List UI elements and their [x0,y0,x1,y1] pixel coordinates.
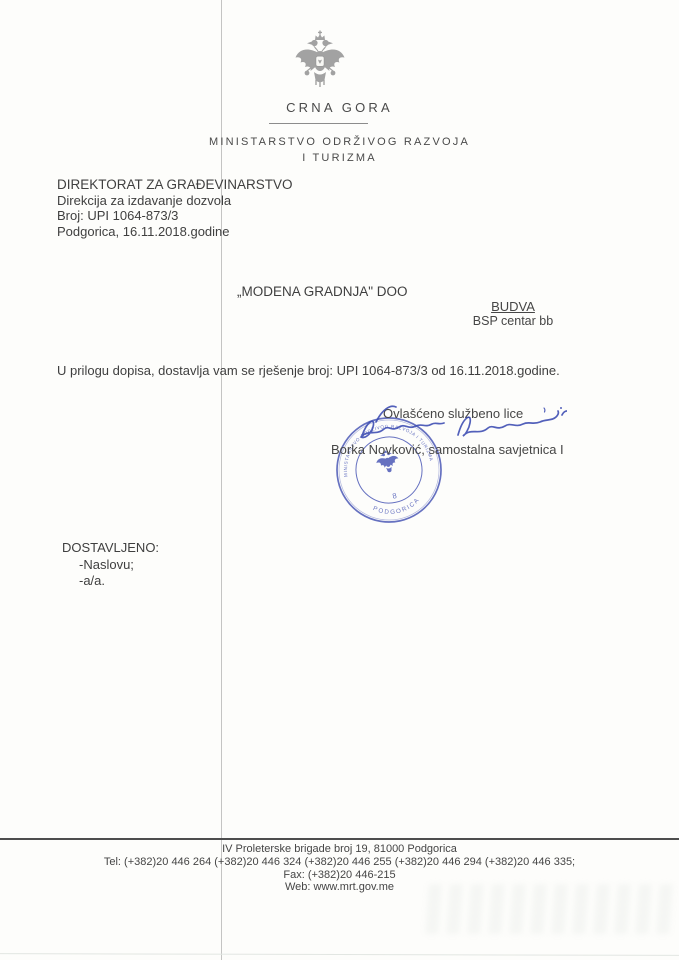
ministry-name-line2: I TURIZMA [0,152,679,164]
distribution-item: -a/a. [79,573,159,590]
footer-phones: Tel: (+382)20 446 264 (+382)20 446 324 (… [0,856,679,869]
distribution-item: -Naslovu; [79,557,159,574]
coat-of-arms-eagle-icon [292,30,348,96]
scan-edge-line [0,953,679,956]
scan-watermark [425,884,672,934]
distribution-heading: DOSTAVLJENO: [62,540,159,557]
footer-divider [0,838,679,840]
recipient-company: „MODENA GRADNJA" DOO [237,284,408,299]
handwritten-signature [332,398,567,450]
recipient-city: BUDVA [447,299,579,314]
country-name: CRNA GORA [0,100,679,115]
recipient-address-block: BUDVA BSP centar bb [447,299,579,329]
footer-fax: Fax: (+382)20 446-215 [0,869,679,882]
stamp-number: 8 [392,491,398,501]
footer-address: IV Proleterske brigade broj 19, 81000 Po… [0,843,679,856]
distribution-block: DOSTAVLJENO: -Naslovu; -a/a. [62,540,159,590]
ministry-name-line1: MINISTARSTVO ODRŽIVOG RAZVOJA [0,136,679,148]
sender-ref-number: Broj: UPI 1064-873/3 [57,208,293,224]
recipient-street: BSP centar bb [447,314,579,329]
scanned-letter-page: CRNA GORA MINISTARSTVO ODRŽIVOG RAZVOJA … [0,0,679,960]
sender-department: Direkcija za izdavanje dozvola [57,193,293,209]
sender-place-date: Podgorica, 16.11.2018.godine [57,224,293,240]
letter-body: U prilogu dopisa, dostavlja vam se rješe… [57,363,560,378]
header-divider [269,123,368,124]
sender-directorate: DIREKTORAT ZA GRAĐEVINARSTVO [57,177,293,193]
sender-block: DIREKTORAT ZA GRAĐEVINARSTVO Direkcija z… [57,177,293,239]
